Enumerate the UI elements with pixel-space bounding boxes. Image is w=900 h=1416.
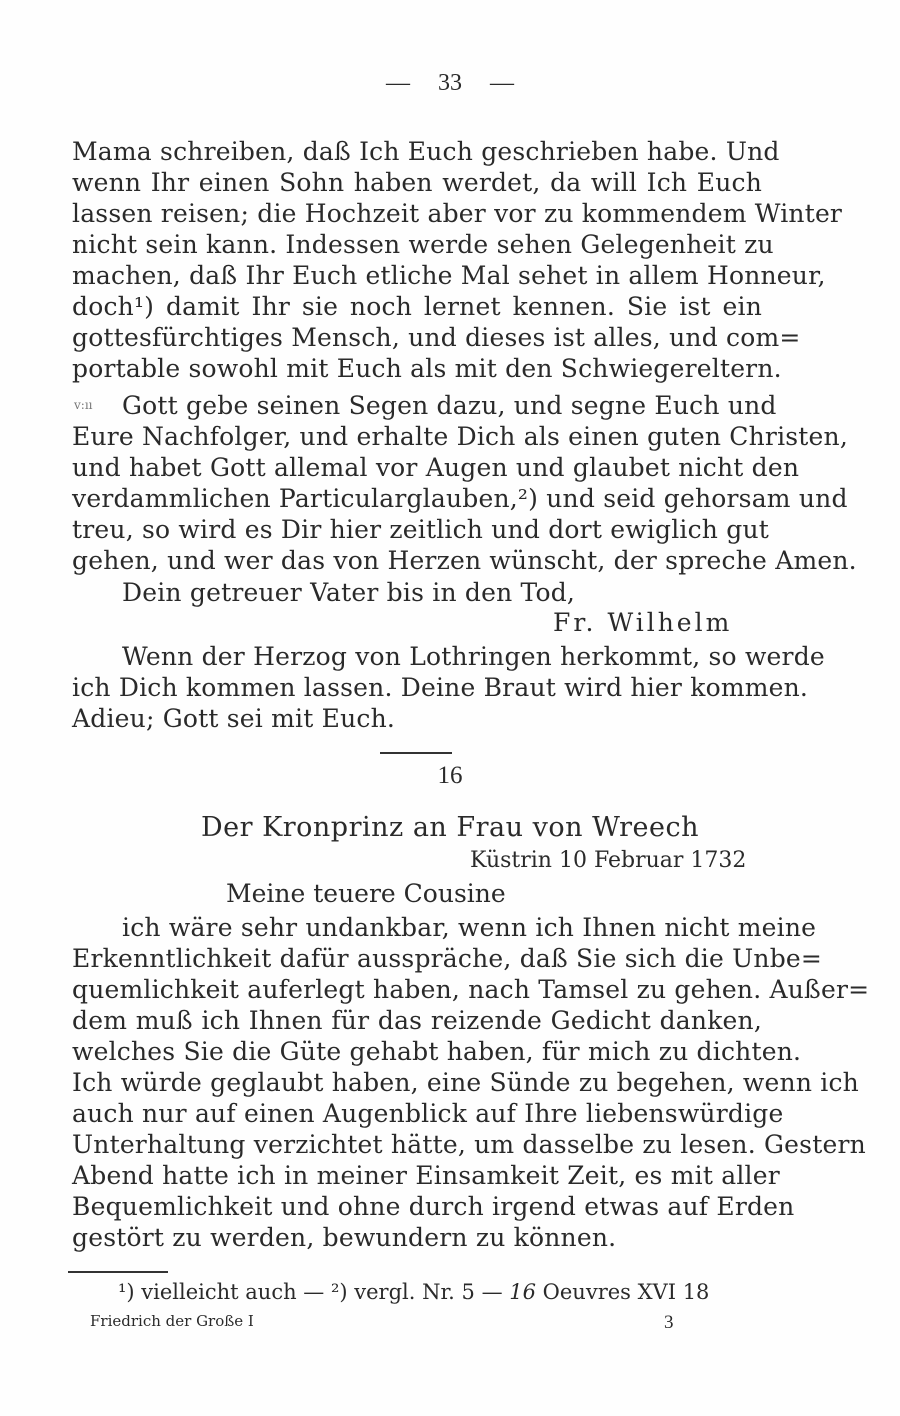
body-line: gestört zu werden, bewundern zu können. [72,1222,762,1253]
body-line: doch¹) damit Ihr sie noch lernet kennen.… [72,291,762,322]
letter-closing: Dein getreuer Vater bis in den Tod, [122,577,762,608]
body-line: gottesfürchtiges Mensch, und dieses ist … [72,322,762,353]
footnote-rule [68,1271,168,1273]
body-line: welches Sie die Güte gehabt haben, für m… [72,1036,762,1067]
stray-print-mark: v:ıı [74,398,93,412]
letter-number: 16 [0,762,900,790]
letter-signature: Fr. Wilhelm [553,608,732,637]
footnote-source: Oeuvres XVI 18 [536,1280,709,1304]
page-number-dash-right: — [490,70,514,96]
body-line: Gott gebe seinen Segen dazu, und segne E… [122,390,762,421]
sheet-number: 3 [664,1312,674,1334]
body-line: gehen, und wer das von Herzen wünscht, d… [72,545,762,576]
body-line: Unterhaltung verzichtet hätte, um dassel… [72,1129,762,1160]
body-line: ich wäre sehr undankbar, wenn ich Ihnen … [122,912,762,943]
page-number: —33— [0,70,900,97]
body-line: Erkenntlichkeit dafür ausspräche, daß Si… [72,943,762,974]
signature-mark: Friedrich der Große I [90,1312,254,1330]
letter-dateline: Küstrin 10 Februar 1732 [470,848,746,873]
body-line: machen, daß Ihr Euch etliche Mal sehet i… [72,260,762,291]
letter-salutation: Meine teuere Cousine [226,879,506,908]
postscript-line: Wenn der Herzog von Lothringen herkommt,… [122,641,762,672]
footnote-text: ¹) vielleicht auch — ²) vergl. Nr. 5 — [118,1280,509,1304]
page-number-dash-left: — [386,70,410,96]
footnote-reference-number: 16 [509,1280,536,1304]
body-line: lassen reisen; die Hochzeit aber vor zu … [72,198,762,229]
footnotes: ¹) vielleicht auch — ²) vergl. Nr. 5 — 1… [118,1280,709,1304]
book-page: —33— Mama schreiben, daß Ich Euch geschr… [0,0,900,1416]
postscript-line: Adieu; Gott sei mit Euch. [72,703,762,734]
body-line: Bequemlichkeit und ohne durch irgend etw… [72,1191,762,1222]
body-line: quemlichkeit auferlegt haben, nach Tamse… [72,974,762,1005]
body-line: verdammlichen Particularglauben,²) und s… [72,483,762,514]
body-line: Mama schreiben, daß Ich Euch geschrieben… [72,136,762,167]
body-line: wenn Ihr einen Sohn haben werdet, da wil… [72,167,762,198]
section-divider [380,752,452,754]
body-line: portable sowohl mit Euch als mit den Sch… [72,353,762,384]
body-line: Abend hatte ich in meiner Einsamkeit Zei… [72,1160,762,1191]
body-line: dem muß ich Ihnen für das reizende Gedic… [72,1005,762,1036]
body-line: nicht sein kann. Indessen werde sehen Ge… [72,229,762,260]
body-line: und habet Gott allemal vor Augen und gla… [72,452,762,483]
body-line: Eure Nachfolger, und erhalte Dich als ei… [72,421,762,452]
postscript-line: ich Dich kommen lassen. Deine Braut wird… [72,672,762,703]
body-line: Ich würde geglaubt haben, eine Sünde zu … [72,1067,762,1098]
page-number-value: 33 [438,70,462,96]
letter-heading: Der Kronprinz an Frau von Wreech [0,812,900,843]
body-line: auch nur auf einen Augenblick auf Ihre l… [72,1098,762,1129]
body-line: treu, so wird es Dir hier zeitlich und d… [72,514,762,545]
